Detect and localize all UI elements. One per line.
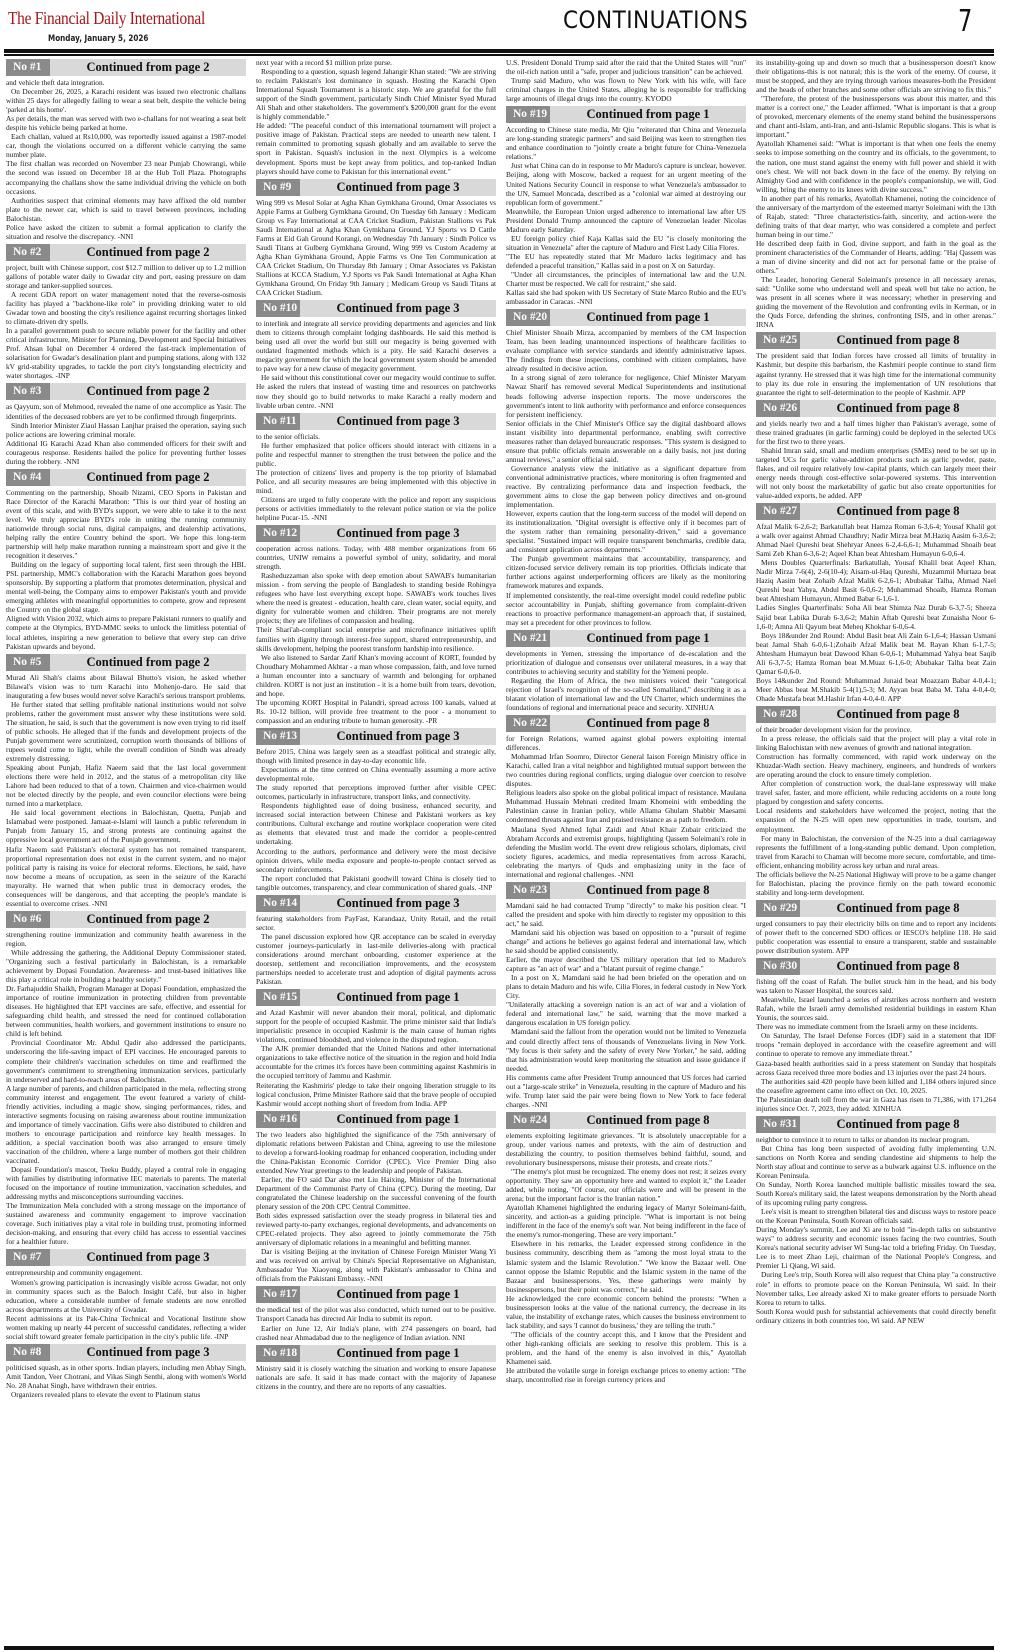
continued-from-label: Continued from page 3 (300, 413, 496, 430)
story-paragraph: But China has long been suspected of avo… (756, 1144, 996, 1180)
story-body: and vehicle theft data integration.On De… (6, 78, 246, 241)
story-paragraph: Ladies Singles Quarterfinals: Soha Ali b… (756, 603, 996, 630)
story-paragraph: Trump said Maduro, who was flown to New … (506, 76, 746, 103)
story-paragraph: He further emphasized that police office… (256, 441, 496, 468)
story-body: According to Chinese state media, Mr Qiu… (506, 125, 746, 306)
story-header-bar: No #8Continued from page 3 (6, 1344, 246, 1361)
story-paragraph: elements exploiting legitimate grievance… (506, 1131, 746, 1167)
story-paragraph: fishing off the coast of Rafah. The bull… (756, 977, 996, 995)
story-paragraph: featuring stakeholders from PayFast, Kar… (256, 914, 496, 932)
story-number-badge: No #8 (6, 1344, 50, 1361)
story-header-bar: No #12Continued from page 3 (256, 525, 496, 542)
story-paragraph: Earlier, the FO said Dar also met Liu Ha… (256, 1175, 496, 1211)
story-body: strengthening routine immunization and c… (6, 930, 246, 1247)
story-paragraph: In a parallel government push to secure … (6, 326, 246, 380)
story-number-badge: No #14 (256, 895, 300, 912)
story-paragraph: Commenting on the partnership, Shoaib Ni… (6, 488, 246, 560)
story-paragraph: Hafiz Naeem said Pakistan's electoral sy… (6, 845, 246, 908)
story-paragraph: "Therefore, the protest of the businessp… (756, 94, 996, 139)
story-paragraph: In a post on X, Mamdani said he had been… (506, 973, 746, 1000)
story-header-bar: No #14Continued from page 3 (256, 895, 496, 912)
continued-from-label: Continued from page 8 (800, 400, 996, 417)
story-paragraph: Religious leaders also spoke on the glob… (506, 788, 746, 824)
story-header-bar: No #23Continued from page 8 (506, 882, 746, 899)
story-paragraph: Sindh Interior Minister Ziaul Hassan Lan… (6, 421, 246, 439)
story-paragraph: Dar is visiting Beijing at the invitatio… (256, 1247, 496, 1283)
story-continuation: No #29Continued from page 8urged consume… (756, 900, 996, 955)
story-number-badge: No #17 (256, 1286, 300, 1303)
story-paragraph: His comments came after President Trump … (506, 1073, 746, 1109)
story-continuation: No #8Continued from page 3politicised sq… (6, 1344, 246, 1399)
story-header-bar: No #11Continued from page 3 (256, 413, 496, 430)
story-paragraph: Mens Doubles Quarterfinals: Barkatullah,… (756, 558, 996, 603)
story-paragraph: Dopasi Foundation's mascot, Teeku Buddy,… (6, 1165, 246, 1201)
story-paragraph: On Saturday, The Israel Defense Forces (… (756, 1031, 996, 1058)
story-paragraph: Boys 18&under 2nd Round: Abdul Basit bea… (756, 631, 996, 676)
story-paragraph: If implemented consistently, the real-ti… (506, 591, 746, 627)
story-paragraph: cooperation across nations. Today, with … (256, 544, 496, 571)
story-paragraph: Respondents highlighted ease of doing bu… (256, 801, 496, 846)
story-body: The president said that Indian forces ha… (756, 351, 996, 396)
continued-from-label: Continued from page 2 (50, 383, 246, 400)
story-paragraph: On December 26, 2025, a Karachi resident… (6, 87, 246, 114)
story-continuation: No #31Continued from page 8neighbor to c… (756, 1116, 996, 1325)
issue-date: Monday, January 5, 2026 (48, 34, 148, 44)
story-body: neighbor to convince it to return to tal… (756, 1135, 996, 1325)
story-paragraph: The AJK premier demanded that the United… (256, 1044, 496, 1080)
story-header-bar: No #19Continued from page 1 (506, 106, 746, 123)
story-continuation: No #9Continued from page 3Wing 999 vs Me… (256, 179, 496, 298)
story-number-badge: No #6 (6, 911, 50, 928)
story-body: The two leaders also highlighted the sig… (256, 1130, 496, 1284)
story-paragraph: There was no immediate comment from the … (756, 1022, 996, 1031)
story-paragraph: strengthening routine immunization and c… (6, 930, 246, 948)
story-paragraph: Boys 14&under 2nd Round: Muhammad Junaid… (756, 676, 996, 703)
story-paragraph: The Leader, honoring General Soleimani's… (756, 275, 996, 329)
story-header-bar: No #10Continued from page 3 (256, 300, 496, 317)
story-number-badge: No #16 (256, 1111, 300, 1128)
story-number-badge: No #23 (506, 882, 550, 899)
story-paragraph: Women's growing participation is increas… (6, 1278, 246, 1314)
story-header-bar: No #13Continued from page 3 (256, 728, 496, 745)
story-continuation: No #5Continued from page 2Murad Ali Shah… (6, 654, 246, 908)
story-paragraph: Expectations at the time centred on Chin… (256, 765, 496, 783)
story-paragraph: He added: "The peaceful conduct of this … (256, 121, 496, 175)
story-paragraph: Just what China can do in response to Mr… (506, 161, 746, 206)
story-paragraph: The report concluded that Pakistani good… (256, 874, 496, 892)
story-paragraph: for Foreign Relations, warned against gl… (506, 734, 746, 752)
story-body: featuring stakeholders from PayFast, Kar… (256, 914, 496, 986)
story-number-badge: No #22 (506, 715, 550, 732)
story-paragraph: Ayatollah Khamenei highlighted the endur… (506, 1203, 746, 1239)
story-continuation: No #26Continued from page 8and yields ne… (756, 400, 996, 500)
story-paragraph: As per details, the man was served with … (6, 114, 246, 132)
continued-from-label: Continued from page 8 (800, 706, 996, 723)
column-2: next year with a record $1 million prize… (256, 58, 496, 1646)
story-number-badge: No #29 (756, 900, 800, 917)
story-paragraph: developments in Yemen, stressing the imp… (506, 649, 746, 676)
story-continuation: No #21Continued from page 1developments … (506, 630, 746, 712)
story-continuation: No #28Continued from page 8of their broa… (756, 706, 996, 897)
continued-from-label: Continued from page 3 (50, 1249, 246, 1266)
footer-rule (4, 1646, 994, 1650)
story-body: fishing off the coast of Rafah. The bull… (756, 977, 996, 1113)
continued-from-label: Continued from page 1 (300, 1286, 496, 1303)
story-header-bar: No #16Continued from page 1 (256, 1111, 496, 1128)
story-paragraph: project, built with Chinese support, cos… (6, 263, 246, 290)
story-header-bar: No #9Continued from page 3 (256, 179, 496, 196)
continued-from-label: Continued from page 2 (50, 469, 246, 486)
story-paragraph: A recent GDA report on water management … (6, 290, 246, 326)
continued-from-label: Continued from page 8 (800, 1116, 996, 1133)
story-paragraph: The authorities said 420 people have bee… (756, 1077, 996, 1095)
story-paragraph: Shahid Imran said, small and medium ente… (756, 446, 996, 500)
story-paragraph: the medical test of the pilot was also c… (256, 1305, 496, 1323)
story-body: Murad Ali Shah's claims about Bilawal Bh… (6, 673, 246, 908)
story-paragraph: Mamdani said the fallout from the operat… (506, 1027, 746, 1072)
story-number-badge: No #2 (6, 244, 50, 261)
story-body: cooperation across nations. Today, with … (256, 544, 496, 725)
story-paragraph: as Qayyum, son of Mehmood, revealed the … (6, 402, 246, 420)
story-paragraph: its instability-going up and down so muc… (756, 58, 996, 94)
story-continuation: next year with a record $1 million prize… (256, 58, 496, 176)
continued-from-label: Continued from page 2 (50, 244, 246, 261)
story-header-bar: No #3Continued from page 2 (6, 383, 246, 400)
continued-from-label: Continued from page 8 (550, 882, 746, 899)
story-paragraph: While addressing the gathering, the Addi… (6, 948, 246, 984)
story-paragraph: The study reported that perceptions impr… (256, 783, 496, 801)
story-continuation: No #1Continued from page 2and vehicle th… (6, 59, 246, 241)
story-continuation: No #27Continued from page 8Afzal Malik 6… (756, 503, 996, 703)
story-header-bar: No #1Continued from page 2 (6, 59, 246, 76)
story-continuation: No #12Continued from page 3cooperation a… (256, 525, 496, 725)
story-number-badge: No #20 (506, 309, 550, 326)
story-paragraph: Afzal Malik 6-2,6-2; Barkatullah beat Ha… (756, 522, 996, 558)
continued-from-label: Continued from page 2 (50, 59, 246, 76)
story-continuation: No #7Continued from page 3entrepreneursh… (6, 1249, 246, 1340)
story-paragraph: Mohammad Irfan Soomro, Director General … (506, 752, 746, 788)
story-paragraph: next year with a record $1 million prize… (256, 58, 496, 67)
story-continuation: No #22Continued from page 8for Foreign R… (506, 715, 746, 879)
story-body: urged consumers to pay their electricity… (756, 919, 996, 955)
story-paragraph: Ministry said it is closely watching the… (256, 1364, 496, 1391)
continued-from-label: Continued from page 3 (300, 179, 496, 196)
story-body: politicised squash, as in other sports. … (6, 1363, 246, 1399)
continued-from-label: Continued from page 8 (800, 958, 996, 975)
story-paragraph: Provincial Coordinator Mr. Abdul Qadir a… (6, 1038, 246, 1083)
story-paragraph: For many in Balochistan, the conversion … (756, 834, 996, 870)
story-body: next year with a record $1 million prize… (256, 58, 496, 176)
story-paragraph: Responding to a question, squash legend … (256, 67, 496, 121)
story-paragraph: Their Shari'ah-compliant social enterpri… (256, 625, 496, 652)
story-paragraph: According to Chinese state media, Mr Qiu… (506, 125, 746, 161)
story-paragraph: Rasheduzzaman also spoke with deep emoti… (256, 571, 496, 625)
story-header-bar: No #21Continued from page 1 (506, 630, 746, 647)
story-paragraph: During Lee's trip, South Korea will also… (756, 1270, 996, 1306)
story-paragraph: Additional IG Karachi Azad Khan also com… (6, 439, 246, 466)
story-paragraph: Earlier on June 12, Air India's plane, w… (256, 1324, 496, 1342)
story-paragraph: Both sides expressed satisfaction over t… (256, 1211, 496, 1247)
newspaper-name: The Financial Daily International (8, 8, 205, 29)
story-paragraph: Citizens are urged to fully cooperate wi… (256, 495, 496, 522)
story-number-badge: No #7 (6, 1249, 50, 1266)
story-paragraph: Murad Ali Shah's claims about Bilawal Bh… (6, 673, 246, 700)
story-header-bar: No #18Continued from page 1 (256, 1345, 496, 1362)
story-header-bar: No #30Continued from page 8 (756, 958, 996, 975)
continued-from-label: Continued from page 8 (800, 900, 996, 917)
story-paragraph: In a press release, the officials said t… (756, 734, 996, 752)
story-number-badge: No #18 (256, 1345, 300, 1362)
story-number-badge: No #25 (756, 332, 800, 349)
story-continuation: its instability-going up and down so muc… (756, 58, 996, 329)
story-paragraph: Aligned with Vision 2032, which aims to … (6, 614, 246, 650)
story-body: Before 2015, China was largely seen as a… (256, 747, 496, 892)
continued-from-label: Continued from page 3 (300, 300, 496, 317)
story-paragraph: Building on the legacy of supporting loc… (6, 560, 246, 614)
story-body: project, built with Chinese support, cos… (6, 263, 246, 381)
story-body: and Azad Kashmir will never abandon thei… (256, 1008, 496, 1108)
story-header-bar: No #6Continued from page 2 (6, 911, 246, 928)
story-header-bar: No #28Continued from page 8 (756, 706, 996, 723)
story-continuation: No #10Continued from page 3to interlink … (256, 300, 496, 409)
story-body: Mamdani said he had contacted Trump "dir… (506, 901, 746, 1109)
story-paragraph: and Azad Kashmir will never abandon thei… (256, 1008, 496, 1044)
continued-from-label: Continued from page 3 (300, 728, 496, 745)
story-paragraph: to the senior officials. (256, 432, 496, 441)
story-body: Commenting on the partnership, Shoaib Ni… (6, 488, 246, 651)
story-paragraph: Recent admissions at its Pak-China Techn… (6, 1314, 246, 1341)
story-paragraph: He acknowledged the core economic concer… (506, 1294, 746, 1330)
story-body: Afzal Malik 6-2,6-2; Barkatullah beat Ha… (756, 522, 996, 703)
story-paragraph: Mamdani said his objection was based on … (506, 928, 746, 955)
story-body: entrepreneurship and community engagemen… (6, 1268, 246, 1340)
story-paragraph: The officials believe the N-25 National … (756, 870, 996, 897)
masthead: The Financial Daily International Monday… (0, 0, 1022, 50)
story-paragraph: urged consumers to pay their electricity… (756, 919, 996, 955)
story-paragraph: Dr. Farhajuddin Shaikh, Program Manager … (6, 984, 246, 1038)
continued-from-label: Continued from page 1 (300, 989, 496, 1006)
continuations-columns: No #1Continued from page 2and vehicle th… (6, 58, 994, 1646)
story-paragraph: of their broader development vision for … (756, 725, 996, 734)
story-continuation: No #4Continued from page 2Commenting on … (6, 469, 246, 651)
story-paragraph: Local residents and stakeholders have we… (756, 806, 996, 833)
story-paragraph: The two leaders also highlighted the sig… (256, 1130, 496, 1175)
story-continuation: No #13Continued from page 3Before 2015, … (256, 728, 496, 892)
story-paragraph: EU foreign policy chief Kaja Kallas said… (506, 234, 746, 252)
story-paragraph: Organizers revealed plans to elevate the… (6, 1390, 246, 1399)
story-paragraph: He said local government elections in Ba… (6, 808, 246, 844)
story-paragraph: to interlink and integrate all service p… (256, 319, 496, 373)
story-body: its instability-going up and down so muc… (756, 58, 996, 329)
story-paragraph: We also listened to Sardar Zarif Khan's … (256, 653, 496, 698)
story-paragraph: He attributed the volatile surge in fore… (506, 1366, 746, 1384)
story-number-badge: No #15 (256, 989, 300, 1006)
story-paragraph: Gaza-based health authorities said in a … (756, 1059, 996, 1077)
story-continuation: No #20Continued from page 1Chief Ministe… (506, 309, 746, 627)
story-continuation: No #6Continued from page 2strengthening … (6, 911, 246, 1247)
story-paragraph: The Palestinian death toll from the war … (756, 1095, 996, 1113)
continued-from-label: Continued from page 3 (300, 525, 496, 542)
story-body: of their broader development vision for … (756, 725, 996, 897)
header-rule-thin (4, 54, 994, 56)
story-paragraph: Earlier, the mayor described the US mili… (506, 955, 746, 973)
story-number-badge: No #21 (506, 630, 550, 647)
story-number-badge: No #10 (256, 300, 300, 317)
story-body: as Qayyum, son of Mehmood, revealed the … (6, 402, 246, 465)
story-paragraph: Each challan, valued at Rs10,000, was re… (6, 132, 246, 159)
story-paragraph: He said without this constitutional cove… (256, 373, 496, 409)
story-continuation: No #11Continued from page 3to the senior… (256, 413, 496, 522)
story-number-badge: No #24 (506, 1112, 550, 1129)
story-body: Chief Minister Shoaib Mirza, accompanied… (506, 328, 746, 627)
story-body: and yields nearly two and a half times h… (756, 419, 996, 500)
story-paragraph: Mamdani said he had contacted Trump "dir… (506, 901, 746, 928)
story-paragraph: Police have asked the citizen to submit … (6, 223, 246, 241)
continued-from-label: Continued from page 1 (550, 309, 746, 326)
story-paragraph: The Immunization Mela concluded with a s… (6, 1201, 246, 1246)
story-number-badge: No #9 (256, 179, 300, 196)
section-title: CONTINUATIONS (563, 6, 748, 34)
story-paragraph: Ayatollah Khamenei said: "What is import… (756, 139, 996, 193)
story-paragraph: neighbor to convince it to return to tal… (756, 1135, 996, 1144)
story-paragraph: The first challan was recorded on Novemb… (6, 159, 246, 195)
page-number: 7 (958, 4, 972, 39)
story-body: for Foreign Relations, warned against gl… (506, 734, 746, 879)
story-header-bar: No #7Continued from page 3 (6, 1249, 246, 1266)
continued-from-label: Continued from page 1 (300, 1111, 496, 1128)
story-number-badge: No #28 (756, 706, 800, 723)
story-paragraph: In another part of his remarks, Ayatolla… (756, 194, 996, 239)
story-paragraph: After completion of construction work, t… (756, 779, 996, 806)
column-4: its instability-going up and down so muc… (756, 58, 996, 1646)
story-paragraph: politicised squash, as in other sports. … (6, 1363, 246, 1390)
story-number-badge: No #1 (6, 59, 50, 76)
story-paragraph: Kallas said she had spoken with US Secre… (506, 288, 746, 306)
continued-from-label: Continued from page 8 (800, 503, 996, 520)
story-paragraph: Elsewhere in his remarks, the Leader exp… (506, 1239, 746, 1293)
story-number-badge: No #5 (6, 654, 50, 671)
story-header-bar: No #26Continued from page 8 (756, 400, 996, 417)
story-paragraph: Regarding the Horn of Africa, the two mi… (506, 676, 746, 712)
story-continuation: No #18Continued from page 1Ministry said… (256, 1345, 496, 1391)
header-rule-thick (4, 49, 994, 53)
story-header-bar: No #24Continued from page 8 (506, 1112, 746, 1129)
story-paragraph: "Unilaterally attacking a sovereign nati… (506, 1000, 746, 1027)
story-number-badge: No #27 (756, 503, 800, 520)
continued-from-label: Continued from page 1 (300, 1345, 496, 1362)
story-number-badge: No #31 (756, 1116, 800, 1133)
story-body: elements exploiting legitimate grievance… (506, 1131, 746, 1384)
story-paragraph: Lee's visit is meant to strengthen bilat… (756, 1207, 996, 1225)
continued-from-label: Continued from page 8 (800, 332, 996, 349)
continued-from-label: Continued from page 3 (50, 1344, 246, 1361)
story-paragraph: However, experts caution that the long-t… (506, 509, 746, 554)
story-continuation: No #24Continued from page 8elements expl… (506, 1112, 746, 1384)
story-paragraph: and vehicle theft data integration. (6, 78, 246, 87)
story-paragraph: Before 2015, China was largely seen as a… (256, 747, 496, 765)
continued-from-label: Continued from page 8 (550, 1112, 746, 1129)
story-header-bar: No #29Continued from page 8 (756, 900, 996, 917)
story-paragraph: "Under all circumstances, the principles… (506, 270, 746, 288)
story-paragraph: He further stated that selling profitabl… (6, 700, 246, 763)
story-continuation: U.S. President Donald Trump said after t… (506, 58, 746, 103)
story-continuation: No #16Continued from page 1The two leade… (256, 1111, 496, 1284)
story-paragraph: On Sunday, North Korea launched multiple… (756, 1180, 996, 1207)
story-paragraph: The panel discussion explored how QR acc… (256, 932, 496, 986)
story-number-badge: No #30 (756, 958, 800, 975)
story-paragraph: According to the authors, performance an… (256, 847, 496, 874)
continued-from-label: Continued from page 3 (300, 895, 496, 912)
story-paragraph: A large number of parents, and children … (6, 1084, 246, 1165)
story-paragraph: Governance analysts view the initiative … (506, 464, 746, 509)
story-paragraph: South Korea would push for substantial a… (756, 1307, 996, 1325)
story-header-bar: No #17Continued from page 1 (256, 1286, 496, 1303)
story-header-bar: No #15Continued from page 1 (256, 989, 496, 1006)
story-paragraph: Senior officials in the Chief Minister's… (506, 419, 746, 464)
story-paragraph: The president said that Indian forces ha… (756, 351, 996, 396)
story-paragraph: The Punjab government maintains that acc… (506, 554, 746, 590)
column-1: No #1Continued from page 2and vehicle th… (6, 58, 246, 1646)
story-body: to the senior officials.He further empha… (256, 432, 496, 522)
story-body: U.S. President Donald Trump said after t… (506, 58, 746, 103)
column-3: U.S. President Donald Trump said after t… (506, 58, 746, 1646)
story-paragraph: Wing 999 vs Mesol Solar at Agha Khan Gym… (256, 198, 496, 298)
story-paragraph: He described deep faith in God, divine s… (756, 239, 996, 275)
story-continuation: No #15Continued from page 1and Azad Kash… (256, 989, 496, 1108)
story-paragraph: Chief Minister Shoaib Mirza, accompanied… (506, 328, 746, 373)
story-body: Ministry said it is closely watching the… (256, 1364, 496, 1391)
story-continuation: No #2Continued from page 2project, built… (6, 244, 246, 381)
story-paragraph: entrepreneurship and community engagemen… (6, 1268, 246, 1277)
story-continuation: No #30Continued from page 8fishing off t… (756, 958, 996, 1113)
continued-from-label: Continued from page 2 (50, 911, 246, 928)
story-paragraph: Meanwhile, Israel launched a series of a… (756, 995, 996, 1022)
story-continuation: No #14Continued from page 3featuring sta… (256, 895, 496, 986)
story-continuation: No #19Continued from page 1According to … (506, 106, 746, 306)
story-paragraph: "The EU has repeatedly stated that Mr Ma… (506, 252, 746, 270)
story-continuation: No #23Continued from page 8Mamdani said … (506, 882, 746, 1109)
story-body: developments in Yemen, stressing the imp… (506, 649, 746, 712)
story-header-bar: No #31Continued from page 8 (756, 1116, 996, 1133)
story-body: the medical test of the pilot was also c… (256, 1305, 496, 1341)
story-header-bar: No #20Continued from page 1 (506, 309, 746, 326)
story-number-badge: No #26 (756, 400, 800, 417)
story-header-bar: No #4Continued from page 2 (6, 469, 246, 486)
story-paragraph: Authorities suspect that criminal elemen… (6, 196, 246, 223)
continued-from-label: Continued from page 2 (50, 654, 246, 671)
story-continuation: No #25Continued from page 8The president… (756, 332, 996, 396)
story-number-badge: No #13 (256, 728, 300, 745)
story-header-bar: No #25Continued from page 8 (756, 332, 996, 349)
story-paragraph: The upcoming KORT Hospital in Palandri, … (256, 698, 496, 725)
story-continuation: No #3Continued from page 2as Qayyum, son… (6, 383, 246, 465)
story-paragraph: "The enemy's plot must be recognized. Th… (506, 1167, 746, 1203)
story-number-badge: No #3 (6, 383, 50, 400)
story-number-badge: No #19 (506, 106, 550, 123)
story-number-badge: No #12 (256, 525, 300, 542)
story-body: to interlink and integrate all service p… (256, 319, 496, 409)
continued-from-label: Continued from page 1 (550, 106, 746, 123)
story-header-bar: No #22Continued from page 8 (506, 715, 746, 732)
story-continuation: No #17Continued from page 1the medical t… (256, 1286, 496, 1341)
story-number-badge: No #11 (256, 413, 300, 430)
story-paragraph: Construction has formally commenced, wit… (756, 752, 996, 779)
story-header-bar: No #5Continued from page 2 (6, 654, 246, 671)
story-paragraph: and yields nearly two and a half times h… (756, 419, 996, 446)
story-paragraph: Reiterating the Kashmiris' pledge to tak… (256, 1081, 496, 1108)
story-header-bar: No #27Continued from page 8 (756, 503, 996, 520)
story-paragraph: Speaking about Punjab, Hafiz Naeem said … (6, 763, 246, 808)
